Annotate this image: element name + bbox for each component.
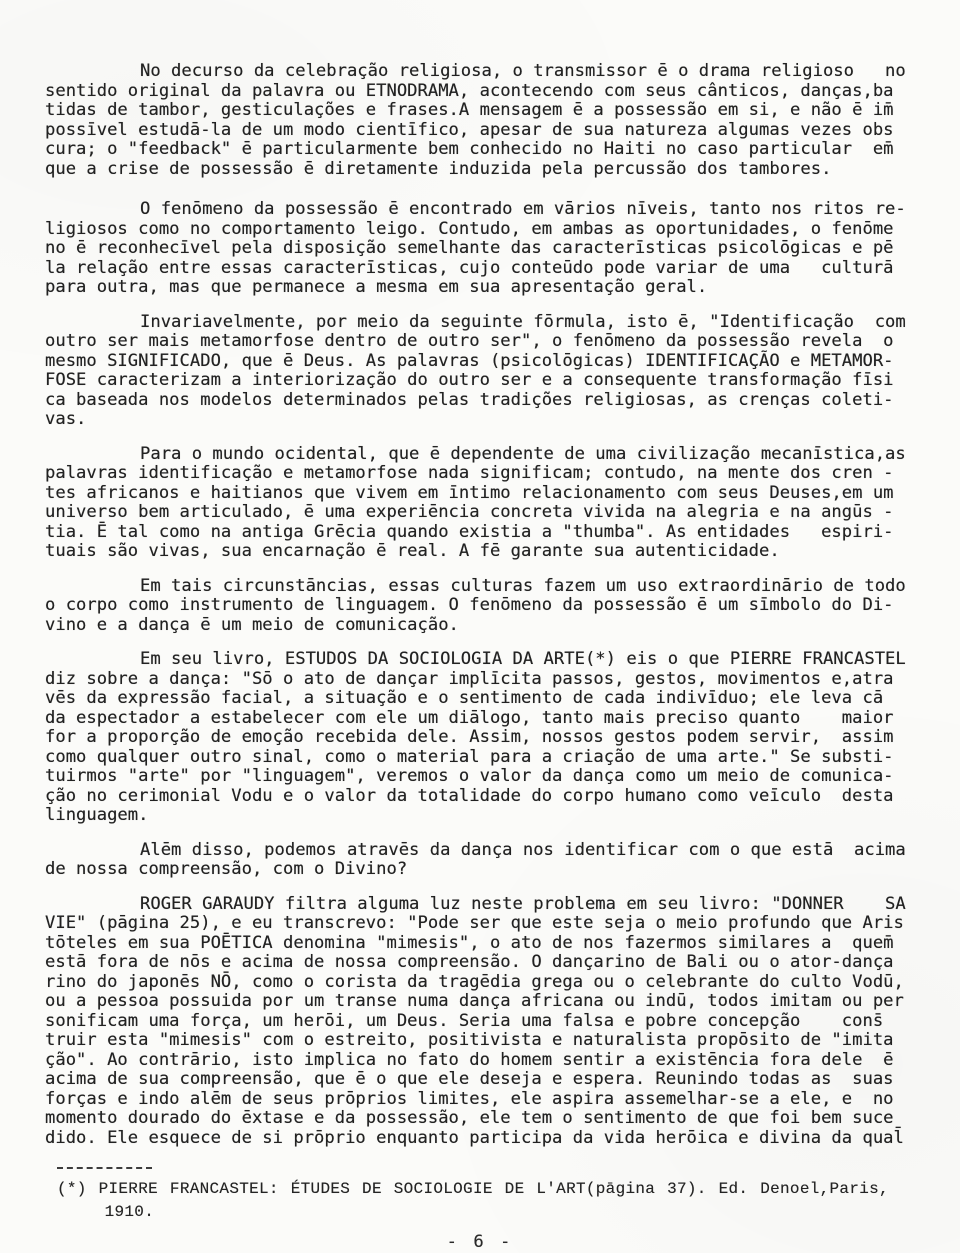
page-number: - 6 -: [0, 1232, 960, 1252]
footnote: (*) PIERRE FRANCASTEL: ÉTUDES DE SOCIOLO…: [57, 1178, 889, 1223]
paragraph-7: Alēm disso, podemos atravēs da dança nos…: [45, 841, 906, 880]
paragraph-6: Em seu livro, ESTUDOS DA SOCIOLOGIA DA A…: [45, 650, 906, 826]
paragraph-3: Invariavelmente, por meio da seguinte fō…: [45, 313, 906, 430]
scanned-document-page: No decurso da celebração religiosa, o tr…: [0, 0, 960, 1253]
paragraph-2: O fenōmeno da possessão ē encontrado em …: [45, 200, 906, 298]
document-body: No decurso da celebração religiosa, o tr…: [45, 62, 906, 1163]
footnote-separator-rule: [57, 1167, 152, 1169]
paragraph-8: ROGER GARAUDY filtra alguma luz neste pr…: [45, 895, 906, 1149]
paragraph-1: No decurso da celebração religiosa, o tr…: [45, 62, 906, 179]
paragraph-4: Para o mundo ocidental, que ē dependente…: [45, 445, 906, 562]
paragraph-5: Em tais circunstāncias, essas culturas f…: [45, 577, 906, 636]
